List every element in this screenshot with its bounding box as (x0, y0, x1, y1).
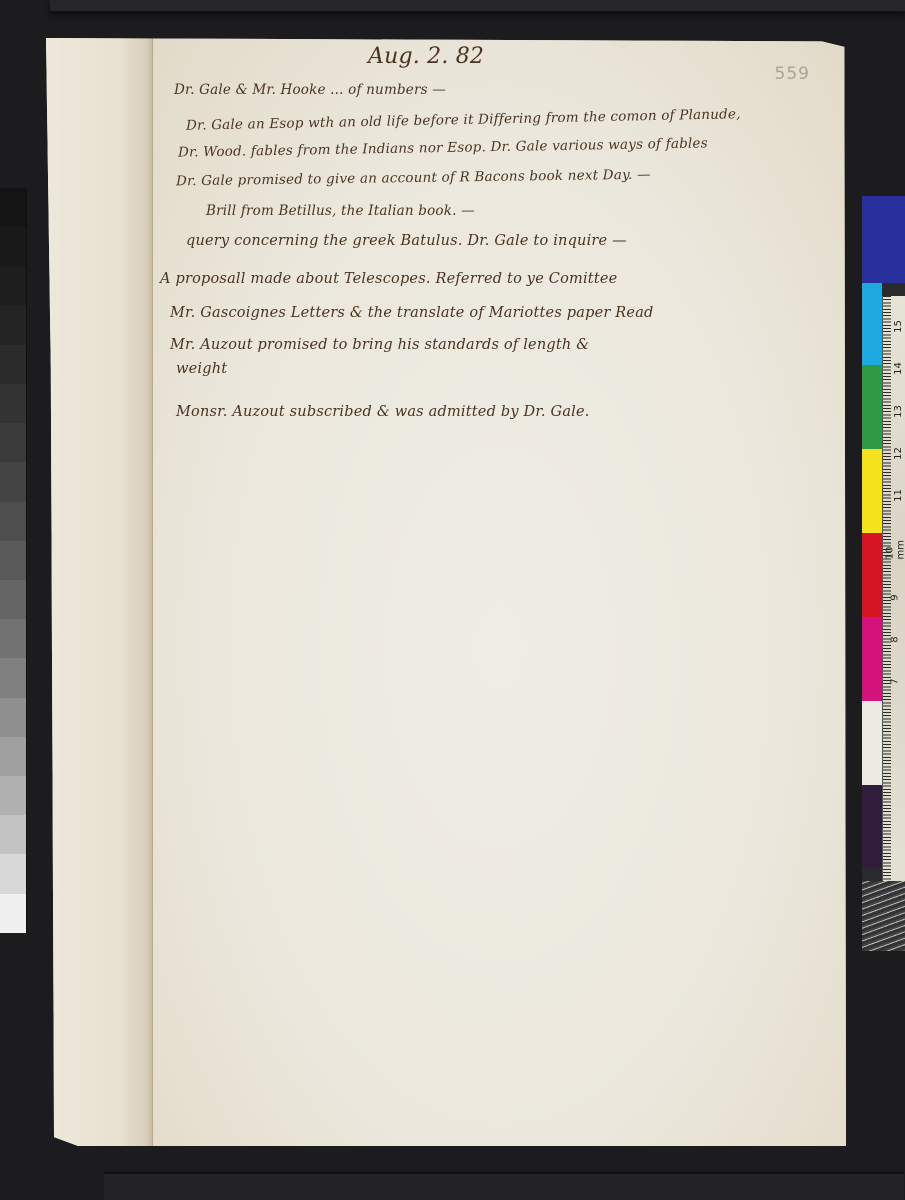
ruler-label: 7 (890, 678, 901, 684)
ruler-label: 14 (893, 362, 904, 375)
grey-patch-4 (0, 345, 26, 384)
minute-line: Mr. Auzout promised to bring his standar… (170, 337, 589, 353)
color-calibration-target: 15 14 13 12 11 10 mm 9 8 7 (862, 196, 905, 951)
swatch-magenta (862, 617, 882, 701)
grey-patch-8 (0, 502, 26, 541)
grey-patch-5 (0, 384, 26, 423)
minute-line: A proposall made about Telescopes. Refer… (160, 271, 617, 287)
ruler-label: 12 (893, 447, 904, 460)
greyscale-target (0, 188, 27, 933)
swatch-cyan (862, 283, 882, 365)
ruler-label: 9 (890, 594, 901, 600)
grey-patch-16 (0, 815, 26, 854)
page-fold-strip (46, 38, 153, 1146)
minute-line: Dr. Gale & Mr. Hooke ... of numbers — (174, 82, 446, 98)
grey-patch-6 (0, 423, 26, 462)
grey-patch-18 (0, 894, 26, 933)
scratched-patch (862, 881, 905, 951)
ruler-ticks (883, 296, 891, 886)
grey-patch-7 (0, 462, 26, 501)
minute-line: query concerning the greek Batulus. Dr. … (186, 233, 627, 249)
ruler-label: 8 (890, 636, 901, 642)
swatch-white (862, 701, 882, 785)
ruler-label: 13 (893, 405, 904, 418)
grey-patch-12 (0, 658, 26, 697)
ruler-label: 11 (893, 489, 904, 502)
ruler-label: 15 (893, 320, 904, 333)
swatch-blue (862, 196, 905, 283)
swatch-red (862, 533, 882, 617)
minute-line: Monsr. Auzout subscribed & was admitted … (176, 404, 590, 420)
mm-ruler: 15 14 13 12 11 10 mm 9 8 7 (882, 296, 905, 886)
swatch-purple (862, 785, 882, 867)
grey-patch-1 (0, 227, 26, 266)
mount-board-bottom (104, 1172, 904, 1200)
grey-patch-15 (0, 776, 26, 815)
minute-line: Mr. Gascoignes Letters & the translate o… (170, 305, 654, 321)
minute-line: weight (176, 361, 227, 377)
ruler-label: 10 mm (885, 539, 905, 560)
grey-patch-2 (0, 266, 26, 305)
mount-board-top (50, 0, 905, 12)
folio-number: 559 (775, 64, 810, 84)
date-heading: Aug. 2. 82 (368, 44, 484, 69)
grey-patch-9 (0, 541, 26, 580)
swatch-green (862, 365, 882, 449)
grey-patch-13 (0, 698, 26, 737)
grey-patch-17 (0, 854, 26, 893)
manuscript-page: 559 Aug. 2. 82 Dr. Gale & Mr. Hooke ... … (46, 38, 846, 1146)
grey-patch-10 (0, 580, 26, 619)
minute-line: Brill from Betillus, the Italian book. — (206, 203, 475, 219)
grey-patch-3 (0, 306, 26, 345)
grey-patch-11 (0, 619, 26, 658)
swatch-yellow (862, 449, 882, 533)
grey-patch-14 (0, 737, 26, 776)
grey-patch-0 (0, 188, 26, 227)
